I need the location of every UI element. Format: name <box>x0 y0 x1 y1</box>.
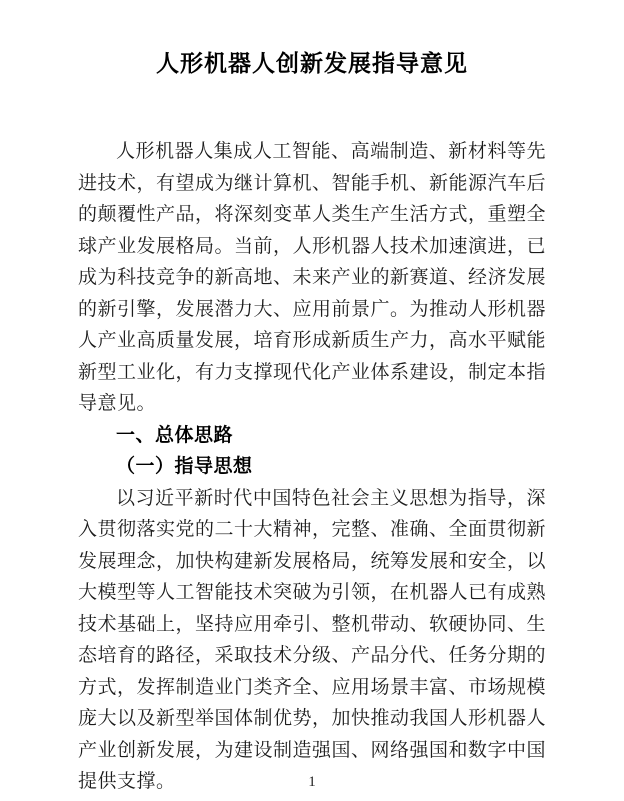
document-page: 人形机器人创新发展指导意见 人形机器人集成人工智能、高端制造、新材料等先进技术，… <box>0 0 624 801</box>
guiding-ideology-paragraph: 以习近平新时代中国特色社会主义思想为指导，深入贯彻落实党的二十大精神，完整、准确… <box>78 483 546 798</box>
document-body: 人形机器人集成人工智能、高端制造、新材料等先进技术，有望成为继计算机、智能手机、… <box>78 136 546 798</box>
page-title: 人形机器人创新发展指导意见 <box>0 0 624 78</box>
page-footer: 1 <box>0 773 624 791</box>
subsection-heading-guiding-ideology: （一）指导思想 <box>78 451 546 483</box>
section-heading-overall-approach: 一、总体思路 <box>78 420 546 452</box>
intro-paragraph: 人形机器人集成人工智能、高端制造、新材料等先进技术，有望成为继计算机、智能手机、… <box>78 136 546 420</box>
page-number: 1 <box>308 774 316 790</box>
